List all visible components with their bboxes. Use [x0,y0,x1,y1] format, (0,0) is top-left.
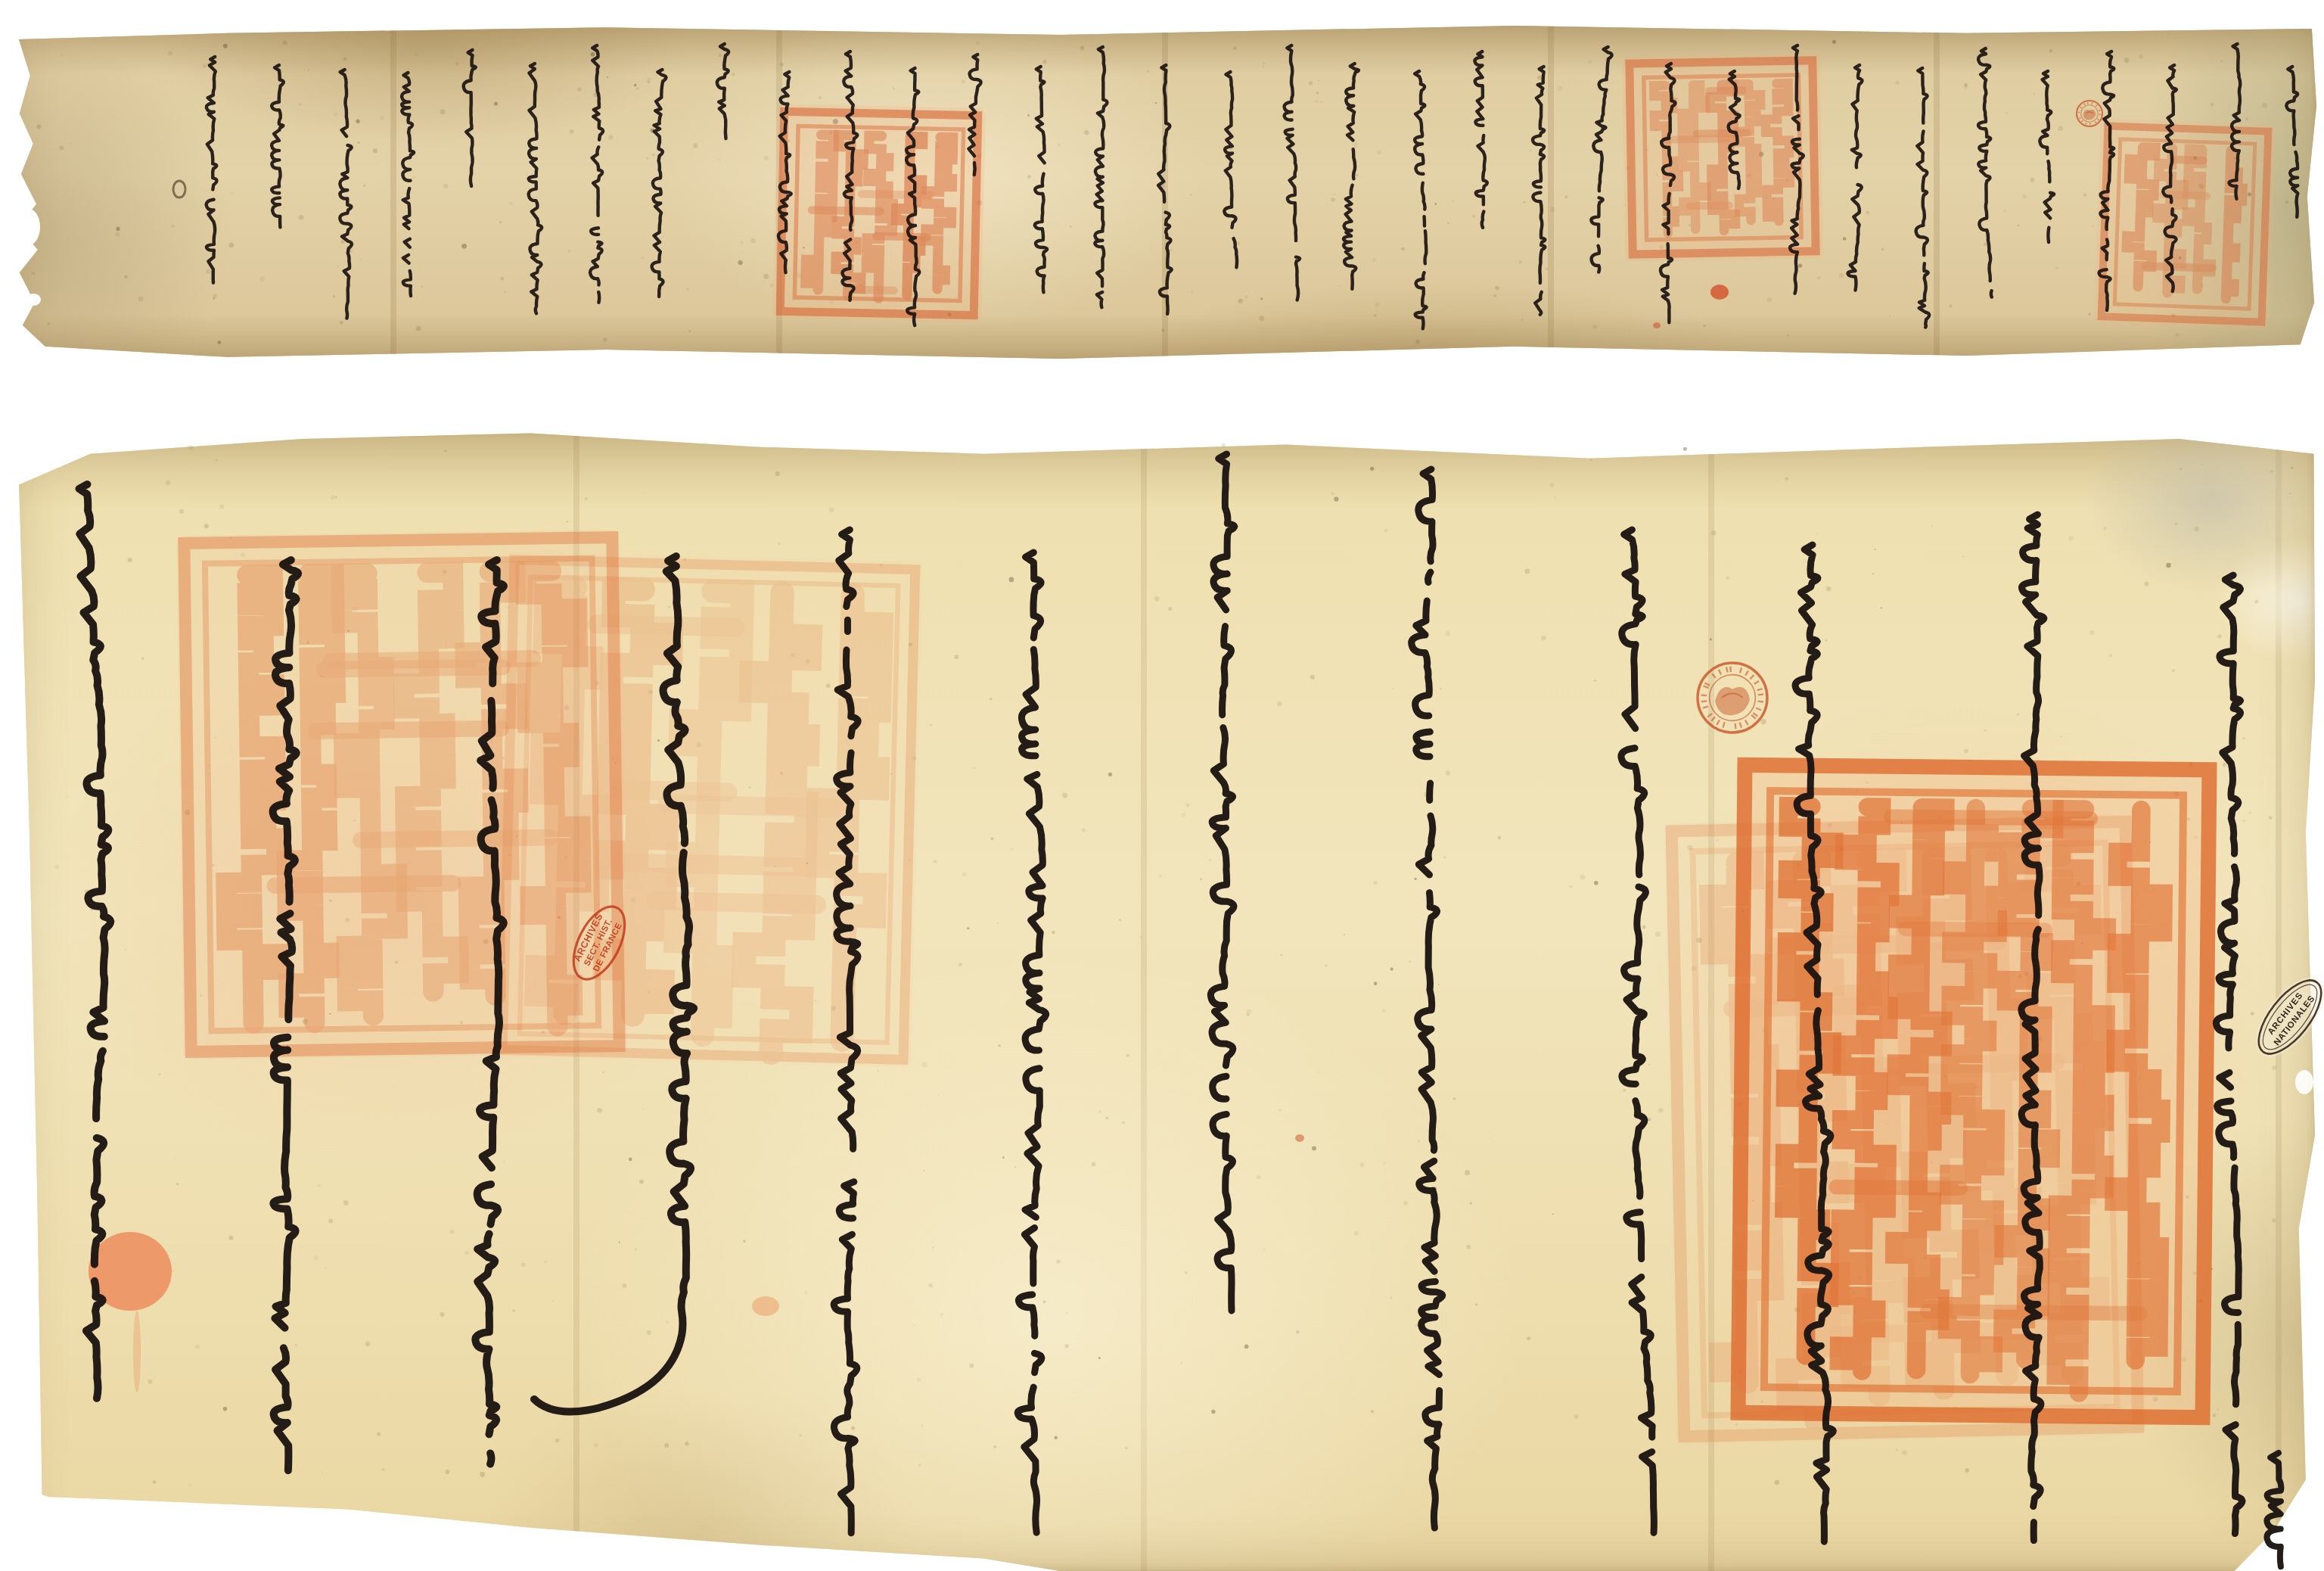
speck [568,250,570,252]
speck [1279,1109,1282,1112]
speck [138,297,144,302]
speck [2030,178,2035,182]
speck [2103,527,2106,530]
speck [642,257,645,260]
speck [494,102,498,106]
seal-bottom-right [1730,758,2217,1426]
speck [1447,222,1449,225]
speck [2270,470,2273,473]
seal-pattern-bar [667,804,835,807]
speck [218,341,221,344]
speck [1523,201,1525,204]
round-stamp-rim-lettering-tick [1704,686,1709,688]
speck [2089,630,2094,635]
speck [1119,919,1122,922]
speck [1209,859,1210,860]
speck [1070,226,1072,228]
speck [719,159,721,160]
speck [1108,773,1112,776]
speck [158,1073,160,1075]
speck [1403,1201,1407,1205]
speck [1760,719,1766,724]
speck [990,698,993,701]
stain [1710,285,1729,300]
speck [969,1364,974,1368]
round-stamp-rim-lettering-tick [1740,667,1741,673]
speck [1519,260,1523,264]
speck [1211,1410,1215,1414]
speck [1082,829,1086,832]
speck [1155,102,1157,104]
speck [2251,1012,2254,1016]
speck [1260,298,1263,300]
speck [1589,60,1592,64]
speck [1557,86,1562,91]
speck [1440,688,1441,689]
speck [932,1242,934,1243]
speck [455,62,458,65]
speck [2144,581,2148,586]
speck [363,185,365,187]
speck [1896,1449,1898,1451]
speck [1002,1156,1005,1159]
script-column [464,50,477,186]
speck [1238,298,1242,303]
speck [1309,81,1313,85]
speck [921,1062,927,1067]
speck [509,202,513,206]
round-stamp-rim-lettering-tick [2096,105,2097,107]
speck [1122,1121,1125,1124]
speck [778,543,781,545]
speck [928,1283,933,1288]
script-column [340,70,352,319]
speck [878,1070,879,1072]
speck [1832,40,1836,44]
speck [259,276,265,282]
speck [2022,194,2027,199]
speck [993,1445,996,1448]
round-stamp-rim-lettering-tick [1701,695,1707,696]
speck [1984,729,1987,732]
seal-top-a [772,104,986,323]
seal-pattern-bar [275,883,452,885]
speck [67,795,68,797]
speck [231,191,233,194]
speck [295,1344,297,1346]
speck [343,1200,349,1205]
speck [1027,176,1030,179]
speck [188,445,194,450]
seal-top-c [2093,118,2276,330]
speck [1549,483,1554,487]
seal-pattern-bar [331,658,533,661]
speck [1161,329,1164,332]
speck [377,1432,381,1436]
stain [1295,1134,1304,1142]
speck [1843,237,1846,240]
speck [1011,848,1014,851]
speck [2291,467,2293,469]
speck [1872,573,1875,575]
speck [1390,1297,1393,1299]
speck [1370,467,1374,471]
speck [2124,58,2130,63]
speck [1704,325,1706,327]
speck [1065,1344,1069,1348]
speck [1027,114,1030,117]
speck [1325,964,1328,967]
round-stamp-rim-lettering-tick [1758,702,1763,702]
speck [1356,174,1359,177]
speck [1321,101,1322,103]
speck [1889,316,1891,317]
speck [1642,925,1646,929]
speck [1372,258,1375,261]
speck [331,496,335,500]
speck [1181,813,1185,817]
speck [1052,931,1055,934]
stain [133,1311,141,1392]
speck [373,148,377,153]
round-stamp-rim-lettering-tick [1757,689,1763,690]
seal-pattern-bar [655,901,816,904]
speck [1333,193,1335,195]
speck [1092,1162,1096,1167]
round-stamp-rim-lettering-tick [1756,708,1761,711]
speck [1042,60,1046,64]
speck [325,1267,327,1268]
speck [195,1344,200,1349]
document-artwork-layer: ARCHIVES SECT. HIST. DE FRANCE ARCHIVES … [0,0,2324,1571]
speck [440,1312,444,1317]
round-stamp-rim-lettering-tick [2099,110,2101,110]
speck [619,1242,620,1243]
speck [647,157,649,160]
speck [59,146,64,151]
speck [1066,1312,1068,1314]
speck [2213,1414,2217,1417]
speck [688,330,691,332]
speck [555,1439,560,1443]
speck [932,1246,935,1249]
speck [1949,304,1952,307]
speck [1931,525,1933,527]
speck [335,496,337,498]
speck [1767,297,1772,302]
speck [1594,680,1596,682]
seal-bottom-left [176,530,627,1059]
speck [228,1236,233,1240]
speck [337,265,339,267]
script-column [1210,454,1236,1311]
speck [36,124,41,129]
script-column [1590,47,1612,272]
speck [622,1283,626,1288]
speck [1469,1202,1472,1205]
speck [1537,76,1542,80]
speck [176,1183,179,1186]
speck [189,1484,191,1486]
speck [1550,207,1555,213]
speck [763,274,769,279]
speck [1875,549,1876,550]
speck [1331,198,1335,202]
speck [1965,1468,1969,1473]
speck [1140,937,1142,938]
speck [1281,954,1282,956]
script-column [1413,71,1427,329]
speck [124,949,126,950]
speck [394,1086,396,1087]
speck [2093,226,2094,227]
speck [2018,225,2020,227]
speck [356,120,360,123]
speck [1438,984,1440,985]
speck [446,1470,450,1474]
seal-pattern-bar [1709,90,1742,91]
speck [648,77,651,80]
speck [1554,496,1556,499]
speck [2285,201,2288,204]
speck [819,96,822,99]
seal-pattern-bar [856,290,893,291]
script-column [1404,469,1449,1528]
speck [1710,638,1712,640]
speck [930,724,932,726]
speck [60,471,61,473]
speck [1683,447,1687,451]
round-stamp-rim-lettering-tick [1703,706,1708,708]
speck [2088,313,2090,316]
speck [647,1330,651,1335]
speck [938,1094,940,1096]
speck [1158,875,1162,879]
speck [1466,1245,1471,1249]
round-stamp-rim-lettering-tick [1717,720,1720,725]
speck [634,84,637,87]
speck [1374,981,1378,985]
speck [639,1180,644,1184]
speck [1711,530,1717,536]
speck [2049,49,2052,52]
speck [1415,340,1420,344]
seal-pattern-bar [1666,138,1732,140]
speck [1775,1480,1780,1485]
speck [2175,522,2178,525]
round-stamp-rim-lettering-tick [1707,714,1712,717]
speck [1098,1357,1101,1359]
round-stamp-rim-lettering-tick [1719,670,1721,675]
stain [2295,1070,2313,1094]
speck [578,87,582,91]
speck [1881,607,1882,608]
round-stamp-rim-lettering-tick [2081,120,2083,122]
speck [635,1248,637,1250]
speck [2289,337,2291,338]
speck [2220,60,2222,61]
script-column [2285,67,2299,217]
speck [2055,266,2058,269]
speck [1785,477,1788,481]
speck [179,509,184,514]
speck [1446,771,1450,776]
speck [1154,596,1160,602]
speck [500,277,504,281]
speck [313,1255,318,1260]
speck [719,54,722,57]
speck [636,87,639,90]
speck [1318,1072,1319,1073]
speck [1383,1162,1386,1165]
speck [1181,1362,1183,1364]
round-stamp-rim-lettering-tick [1758,694,1763,695]
seal-pattern-bar [862,194,931,195]
speck [1655,932,1661,937]
speck [70,143,72,145]
speck [1331,493,1334,495]
speck [2060,736,2061,738]
speck [1125,1447,1128,1450]
speck [32,272,35,275]
seal-pattern-bar [1891,817,2090,819]
speck [1310,675,1315,680]
speck [480,1472,485,1477]
speck [1787,334,1789,337]
speck [503,1161,505,1162]
speck [800,1435,801,1436]
speck [1191,291,1193,293]
speck [2166,563,2171,568]
stain [16,140,30,151]
speck [1312,1146,1316,1151]
speck [2109,654,2113,658]
speck [2242,737,2245,740]
seal-pattern-bar [2173,160,2203,160]
speck [1564,195,1567,198]
round-stamp-rim-lettering-tick [2097,119,2099,120]
speck [738,260,743,265]
speck [1222,443,1226,447]
speck [1530,149,1532,151]
speck [55,865,59,869]
speck [1190,194,1192,196]
speck [1247,1013,1249,1016]
speck [504,291,506,294]
speck [2194,527,2198,531]
speck [1344,934,1345,935]
speck [2249,812,2251,814]
round-stamp-rim-lettering-tick [2092,102,2093,104]
speck [1316,92,1319,95]
speck [1055,1436,1058,1439]
speck [2201,464,2203,465]
seal-pattern-bar [316,729,501,731]
speck [585,497,588,500]
speck [997,922,999,925]
script-column [1222,72,1237,268]
speck [597,1108,602,1113]
speck [1580,875,1586,880]
speck [1839,273,1844,278]
speck [204,524,209,528]
speck [1043,1301,1046,1304]
seal-pattern-bar [1836,1187,1960,1189]
speck [229,242,235,247]
speck [967,927,969,929]
speck [770,284,774,288]
speck [1866,210,1869,214]
round-stamp-rim-lettering-tick [1726,667,1728,672]
speck [1257,1175,1260,1179]
seal-pattern-bar [1689,206,1729,207]
speck [1259,316,1264,321]
speck [1521,319,1523,320]
speck [2254,600,2258,604]
ring-mark [173,181,185,198]
mongolian-script-top-strip [206,44,2300,329]
speck [219,505,224,509]
speck [1825,639,1828,642]
speck [421,286,424,288]
script-column [2267,1453,2282,1566]
speck [213,294,216,297]
round-archive-stamp-bottom [1698,663,1767,733]
speck [1964,86,1968,89]
speck [962,79,965,83]
speck [764,156,769,160]
speck [893,87,896,90]
speck [775,471,780,476]
round-stamp-rim-lettering-tick [1711,717,1715,721]
speck [1375,302,1380,306]
speck [608,135,613,140]
speck [1648,1063,1650,1065]
speck [1414,878,1416,880]
speck [962,873,967,877]
speck [499,221,502,224]
speck [1726,576,1729,580]
speck [1126,1053,1129,1056]
round-stamp-rim-lettering-tick [1705,683,1710,686]
speck [115,232,120,237]
speck [1263,1248,1266,1251]
speck [1147,70,1149,73]
script-column [1847,65,1862,291]
script-column [1474,51,1487,228]
speck [2262,103,2267,108]
speck [1098,1110,1101,1113]
speck [1374,314,1377,317]
round-stamp-rim-lettering-tick [1745,720,1748,725]
stain [17,209,40,245]
speck [914,1324,915,1326]
speck [923,1170,924,1171]
speck [1263,62,1266,65]
speck [172,225,175,228]
seal-pattern-bar [812,210,881,211]
speck [1589,459,1592,461]
speck [1058,144,1061,147]
speck [1443,856,1446,858]
round-stamp-emblem [1715,687,1750,715]
script-column [1157,65,1172,314]
speck [1435,1275,1437,1277]
speck [1391,688,1393,689]
script-column [1533,67,1546,315]
speck [2017,713,2020,716]
speck [1373,880,1378,885]
